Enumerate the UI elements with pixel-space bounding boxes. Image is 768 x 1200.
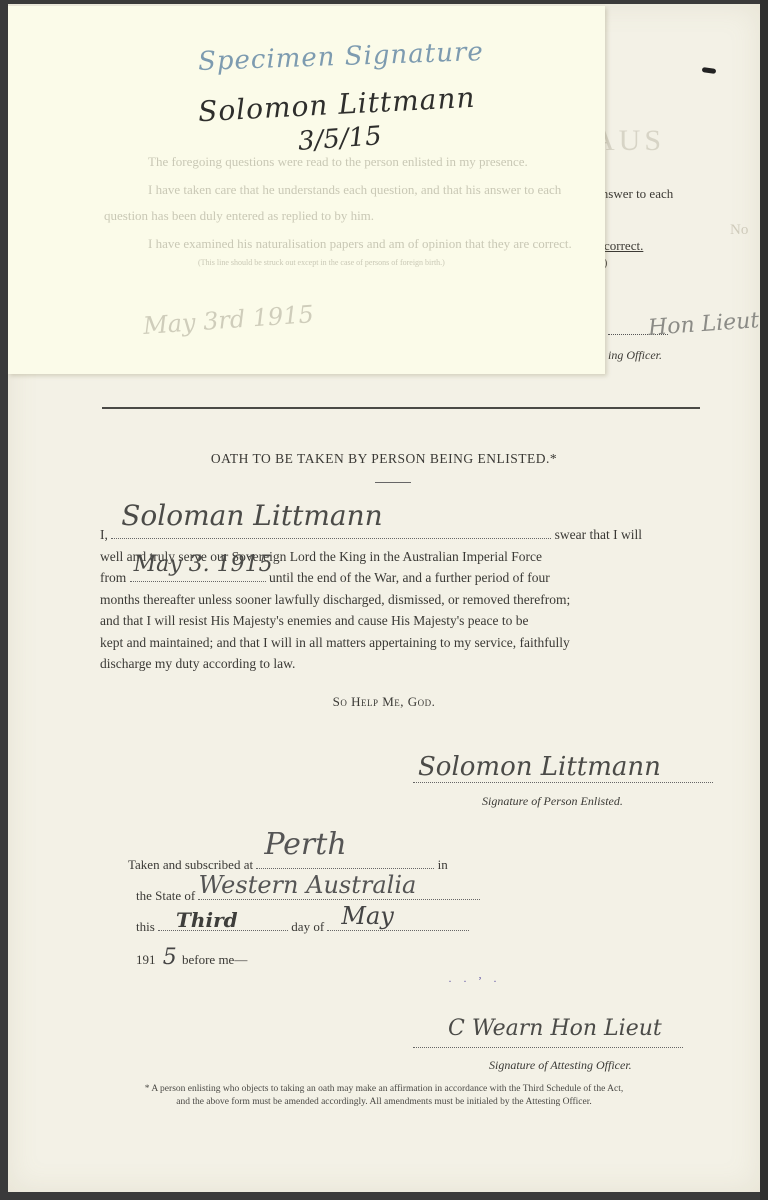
year-digit-handwritten: 5	[163, 945, 177, 970]
person-signature: Solomon Littmann	[418, 752, 661, 782]
oath-body: I, Soloman Littmann swear that I will we…	[100, 524, 700, 675]
from-date-field: May 3. 1915	[130, 568, 266, 582]
person-signature-line	[413, 782, 713, 783]
section-divider	[102, 407, 700, 409]
before-me-label: before me—	[182, 952, 247, 967]
specimen-date: 3/5/15	[297, 121, 383, 157]
oath-line7: discharge my duty according to law.	[100, 653, 700, 675]
from-date-handwritten: May 3. 1915	[134, 554, 273, 576]
footnote-line2: and the above form must be amended accor…	[8, 1096, 760, 1109]
footnote: * A person enlisting who objects to taki…	[8, 1083, 760, 1109]
attesting-officer-line	[413, 1047, 683, 1048]
day-of-label: day of	[291, 919, 324, 934]
faint-line: The foregoing questions were read to the…	[148, 154, 528, 170]
number-label: No	[730, 222, 748, 239]
document-page: AUS No answer to each correct. ) Hon Lie…	[8, 4, 760, 1192]
in-label: in	[438, 857, 448, 872]
place-handwritten: Perth	[264, 829, 346, 860]
oath-line1-suffix: swear that I will	[555, 527, 642, 542]
upper-officer-label: ing Officer.	[608, 348, 662, 363]
footnote-line1: * A person enlisting who objects to taki…	[8, 1083, 760, 1096]
state-handwritten: Western Australia	[198, 870, 416, 901]
attesting-officer-label: Signature of Attesting Officer.	[489, 1058, 632, 1073]
attesting-officer-signature: C Wearn Hon Lieut	[448, 1016, 662, 1041]
state-field: Western Australia	[198, 886, 480, 900]
day-field: Third	[158, 917, 288, 931]
upper-line-fragment: correct.	[604, 238, 643, 254]
faint-line: (This line should be struck out except i…	[198, 258, 445, 267]
oath-line4: months thereafter unless sooner lawfully…	[100, 589, 700, 611]
state-label: the State of	[136, 888, 195, 903]
oath-line5: and that I will resist His Majesty's ene…	[100, 610, 700, 632]
year-prefix: 191	[136, 952, 156, 967]
faint-line: I have examined his naturalisation paper…	[148, 236, 572, 252]
person-signature-label: Signature of Person Enlisted.	[482, 794, 623, 809]
subscription-block: Taken and subscribed at Perth in the Sta…	[128, 849, 480, 973]
from-label: from	[100, 570, 126, 585]
faint-stamp: · · ʼ ·	[448, 974, 501, 989]
scan-edge	[760, 0, 768, 1200]
this-label: this	[136, 919, 155, 934]
specimen-signature-slip: The foregoing questions were read to the…	[8, 6, 605, 374]
oath-title: OATH TO BE TAKEN BY PERSON BEING ENLISTE…	[8, 451, 760, 467]
name-handwritten: Soloman Littmann	[121, 505, 382, 527]
month-handwritten: May	[341, 901, 393, 932]
day-handwritten: Third	[176, 905, 238, 936]
oath-closing: So Help Me, God.	[8, 694, 760, 710]
faint-line: question has been duly entered as replie…	[104, 208, 374, 224]
title-rule	[375, 482, 411, 483]
faint-handwritten-date: May 3rd 1915	[142, 300, 314, 340]
name-field: Soloman Littmann	[111, 525, 551, 539]
oath-prefix: I,	[100, 527, 108, 542]
upper-line-fragment: answer to each	[596, 186, 673, 202]
oath-line3-suffix: until the end of the War, and a further …	[269, 570, 550, 585]
upper-officer-signature: Hon Lieut	[647, 308, 760, 341]
month-field: May	[327, 917, 469, 931]
oath-line6: kept and maintained; and that I will in …	[100, 632, 700, 654]
specimen-title: Specimen Signature	[198, 37, 485, 77]
specimen-name: Solomon Littmann	[197, 81, 476, 128]
place-field: Perth	[256, 855, 434, 869]
faint-line: I have taken care that he understands ea…	[148, 182, 561, 198]
